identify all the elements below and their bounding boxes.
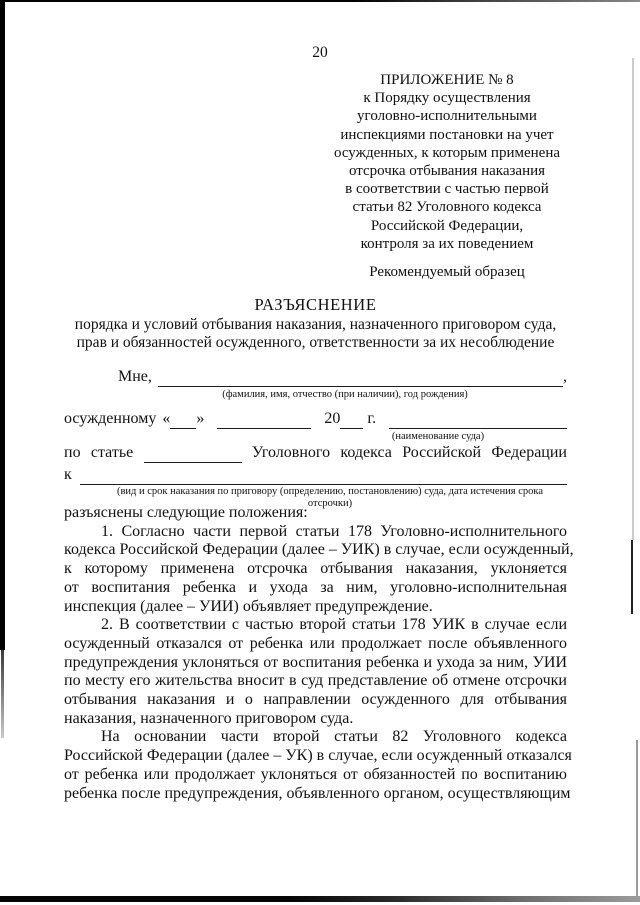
scan-edge-top bbox=[0, 0, 640, 2]
po-word: по bbox=[64, 444, 81, 463]
code-word-3: Российской bbox=[402, 444, 481, 463]
body-line: осужденный отказался от ребенка или прод… bbox=[64, 635, 567, 654]
appendix-line: отсрочка отбывания наказания bbox=[330, 162, 564, 180]
body-line: 1. Согласно части первой статьи 178 Угол… bbox=[64, 523, 567, 542]
body-line: На основании части второй статьи 82 Угол… bbox=[64, 728, 567, 747]
year-blank-line bbox=[340, 410, 363, 429]
court-caption: (наименование суда) bbox=[358, 431, 518, 443]
appendix-line: ПРИЛОЖЕНИЕ № 8 bbox=[330, 71, 564, 89]
quote-close: » bbox=[196, 410, 204, 429]
scanned-document-page: 20 ПРИЛОЖЕНИЕ № 8к Порядку осуществления… bbox=[0, 0, 640, 905]
subtitle-lines: порядка и условий отбывания наказания, н… bbox=[64, 316, 567, 351]
article-row: по статье Уголовного кодекса Российской … bbox=[64, 444, 567, 463]
appendix-line: Российской Федерации, bbox=[330, 217, 564, 235]
body-text: разъяснены следующие положения: 1. Согла… bbox=[64, 504, 567, 803]
scan-edge-right-dark bbox=[631, 540, 633, 614]
body-line: инспекция (далее – УИИ) объявляет предуп… bbox=[64, 598, 567, 617]
scan-edge-right bbox=[632, 58, 634, 540]
day-blank-line bbox=[170, 410, 196, 429]
scan-edge-left-fade bbox=[1, 650, 4, 738]
name-field-label: Мне, bbox=[118, 368, 152, 387]
month-blank-line bbox=[217, 410, 311, 429]
document-subtitle: порядка и условий отбывания наказания, н… bbox=[64, 316, 567, 351]
appendix-line: уголовно-исполнительными bbox=[330, 107, 564, 125]
body-line: отбывания наказания и о направлении осуж… bbox=[64, 691, 567, 710]
body-line: к которому применена отсрочка отбывания … bbox=[64, 560, 567, 579]
code-word-1: Уголовного bbox=[252, 444, 330, 463]
body-line: наказания, назначенного приговором суда. bbox=[64, 710, 567, 729]
convicted-label: осужденному bbox=[64, 410, 156, 429]
year-suffix: г. bbox=[367, 410, 376, 429]
year-prefix: 20 bbox=[324, 410, 340, 429]
article-word: статье bbox=[91, 444, 133, 463]
punishment-blank-line bbox=[80, 466, 567, 485]
body-line: от ребенка или продолжает уклоняться от … bbox=[64, 766, 567, 785]
code-word-4: Федерации bbox=[491, 444, 567, 463]
code-word-2: кодекса bbox=[340, 444, 392, 463]
document-title: РАЗЪЯСНЕНИЕ bbox=[64, 295, 567, 315]
punishment-row: к bbox=[64, 466, 567, 485]
recommended-sample-note: Рекомендуемый образец bbox=[330, 263, 564, 281]
scan-bottom-bar bbox=[0, 896, 640, 902]
name-blank-line bbox=[158, 368, 563, 387]
k-label: к bbox=[64, 466, 72, 485]
appendix-line: контроля за их поведением bbox=[330, 235, 564, 253]
name-field-caption: (фамилия, имя, отчество (при наличии), г… bbox=[205, 389, 485, 401]
subtitle-line: порядка и условий отбывания наказания, н… bbox=[64, 316, 567, 334]
body-line: ребенка после предупреждения, объявленно… bbox=[64, 785, 567, 804]
body-line: 2. В соответствии с частью второй статьи… bbox=[64, 616, 567, 635]
paragraph-2: 2. В соответствии с частью второй статьи… bbox=[64, 616, 567, 728]
quote-open: « bbox=[162, 410, 170, 429]
subtitle-line: прав и обязанностей осужденного, ответст… bbox=[64, 334, 567, 352]
appendix-line: к Порядку осуществления bbox=[330, 89, 564, 107]
trailing-comma: , bbox=[563, 368, 567, 387]
appendix-lines: ПРИЛОЖЕНИЕ № 8к Порядку осуществленияуго… bbox=[330, 71, 564, 253]
appendix-line: в соответствии с частью первой bbox=[330, 180, 564, 198]
name-field-row: Мне, , bbox=[64, 368, 567, 387]
scan-edge-right-lower bbox=[636, 740, 638, 900]
body-line: от воспитания ребенка и ухода за ним, уг… bbox=[64, 579, 567, 598]
paragraph-3: На основании части второй статьи 82 Угол… bbox=[64, 728, 567, 803]
body-intro-line: разъяснены следующие положения: bbox=[64, 504, 567, 523]
page-number: 20 bbox=[0, 44, 640, 62]
sentence-date-row: осужденному « » 20 г. bbox=[64, 410, 567, 429]
scan-edge-left bbox=[0, 0, 5, 650]
paragraph-1: 1. Согласно части первой статьи 178 Угол… bbox=[64, 523, 567, 617]
body-line: Российской Федерации (далее – УК) в случ… bbox=[64, 747, 567, 766]
appendix-reference-block: ПРИЛОЖЕНИЕ № 8к Порядку осуществленияуго… bbox=[330, 71, 564, 281]
appendix-line: инспекциями постановки на учет bbox=[330, 126, 564, 144]
article-blank-line bbox=[144, 444, 242, 463]
appendix-line: осужденных, к которым применена bbox=[330, 144, 564, 162]
body-line: кодекса Российской Федерации (далее – УИ… bbox=[64, 541, 567, 560]
body-line: предупреждения уклоняться от воспитания … bbox=[64, 654, 567, 673]
appendix-line: статьи 82 Уголовного кодекса bbox=[330, 198, 564, 216]
body-line: по месту его жительства вносит в суд пре… bbox=[64, 672, 567, 691]
court-blank-line bbox=[389, 410, 567, 429]
